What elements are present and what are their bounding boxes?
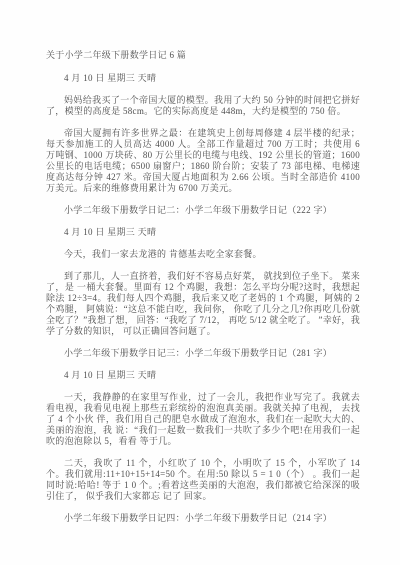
paragraph-empire-model: 妈妈给我买了一个帝国大厦的模型。我用了大约 50 分钟的时间把它拼好了，模型的高… — [46, 95, 360, 117]
heading-diary-4: 小学二年级下册数学日记四：小学二年级下册数学日记（214 字） — [46, 513, 360, 524]
paragraph-kfc-intro: 今天，我们一家去龙港的 肯德基去吃全家套餐。 — [46, 249, 360, 260]
date-line-1: 4 月 10 日 星期三 天晴 — [46, 73, 360, 84]
document-page: 关于小学二年级下册数学日记 6 篇 4 月 10 日 星期三 天晴 妈妈给我买了… — [0, 0, 400, 565]
paragraph-kfc-division: 到了那儿，人一直挤着，我们好不容易点好菜， 就找到位子坐下。 菜来了，是 一桶大… — [46, 271, 360, 337]
paragraph-empire-facts: 帝国大厦拥有许多世界之最：在建筑史上创每周修建 4 层半楼的纪录；每天参加施工的… — [46, 128, 360, 194]
date-line-3: 4 月 10 日 星期三 天晴 — [46, 370, 360, 381]
paragraph-bubbles-day1: 一天，我静静的在家里写作业，过了一会儿，我把作业写完了。我就去看电视，我看见电视… — [46, 392, 360, 447]
paragraph-bubbles-day2: 二天，我吹了 11 个，小红吹了 10 个，小明吹了 15 个，小军吹了 14 … — [46, 458, 360, 502]
heading-diary-3: 小学二年级下册数学日记三：小学二年级下册数学日记（281 字） — [46, 348, 360, 359]
heading-diary-2: 小学二年级下册数学日记二：小学二年级下册数学日记（222 字） — [46, 205, 360, 216]
document-title: 关于小学二年级下册数学日记 6 篇 — [46, 50, 360, 61]
date-line-2: 4 月 10 日 星期三 天晴 — [46, 227, 360, 238]
